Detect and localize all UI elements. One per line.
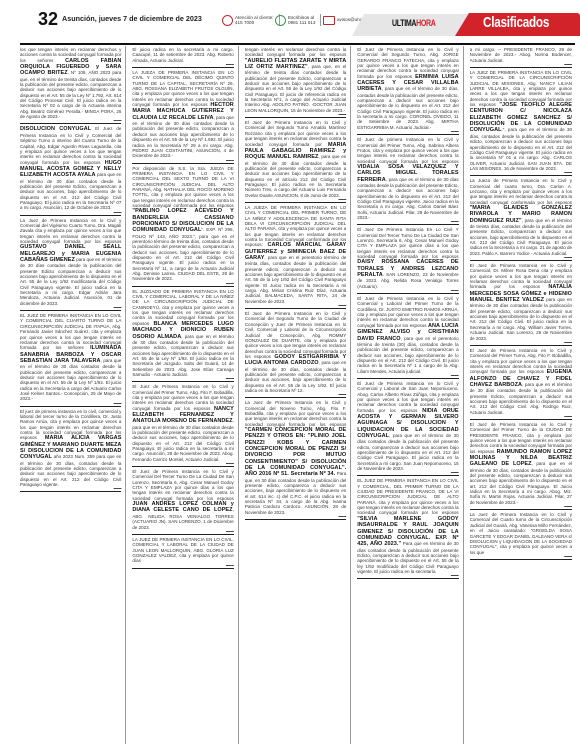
notice-code-mark: ▬▬▬ [357, 130, 458, 133]
notice-code-mark: ▬▬▬ [245, 515, 346, 518]
notice-text: LA JUEZA DE PRIMERA INSTANCIA EN LO CIVI… [245, 205, 346, 247]
legal-notice: El Juez de Primera Instancia en lo Civil… [470, 261, 572, 346]
notice-code-mark: ▬▬▬ [245, 393, 346, 396]
legal-notice: tengan interés en reclamar derechos cont… [245, 46, 346, 118]
notice-text: tengan interés en reclamar derechos cont… [245, 47, 346, 57]
notice-code-mark: ▬▬▬ [20, 306, 121, 309]
legal-notice: El Juez de Primera Instancia en lo Civil… [245, 118, 346, 203]
column-1: los que tengan interés en reclamar derec… [20, 46, 126, 744]
legal-notice: El Juez de Primera Instancia en lo Civil… [357, 46, 458, 135]
notice-code-mark: ▬▬▬ [470, 341, 572, 344]
legal-notice: EL JUZGADO DE PRIMERA INSTANCIA EN LO CI… [132, 287, 233, 383]
header-rule [20, 43, 575, 45]
contact-phone: Atención al cliente:415 7000 [222, 11, 280, 29]
notice-code-mark: ▬▬▬ [357, 289, 458, 292]
legal-notice: La Jueza de Primera Instancia en lo Civi… [470, 176, 572, 261]
notice-code-mark: ▬▬▬ [132, 159, 233, 162]
notice-text: El Juez de Primera Instancia en lo Civil… [245, 311, 346, 359]
legal-notice: La Juez de Primera Instancia en lo Civil… [470, 510, 572, 560]
notice-text: El Juez de Primera Instancia en lo Civil… [132, 469, 233, 501]
notice-text: El juicio radica en la secretaría a mi c… [132, 47, 233, 63]
legal-notice: El Juez de primera Instancia en lo Civil… [357, 135, 458, 225]
notice-text: LA JUEZ DE PRIMERA INSTANCIA EN LO CIVIL… [132, 537, 233, 563]
notice-code-mark: ▬▬▬ [132, 282, 233, 285]
notice-text: El Juez De Primera Instancia En Lo Civil… [357, 227, 458, 259]
notice-text: , para que en el término de 30 días cont… [245, 154, 346, 197]
notice-code-mark: ▬▬▬ [470, 171, 572, 174]
notice-code-mark: ▬▬▬ [132, 564, 233, 567]
notice-code-mark: ▬▬▬ [132, 63, 233, 66]
ultimahora-logo: ULTIMAHORA [392, 18, 436, 28]
notice-text: La Juez de Primera Instancia en lo Civil… [470, 512, 572, 554]
notice-text: Por disposición de S.S. la Sra. JUEZA DE… [132, 166, 233, 208]
notice-text: El Juez de primera Instancia en lo Civil… [357, 137, 458, 163]
notice-text: , para que en el término de 30 días, con… [470, 461, 572, 504]
legal-notice: El Juez de Primera Instancia en lo Civil… [357, 379, 458, 477]
notice-code-mark: ▬▬▬ [245, 304, 346, 307]
notice-parties: "CARMEN CONCEPCION MORAL DE PENZZI Y OTR… [245, 427, 346, 477]
legal-notice: El Juez de Primera Instancia en lo Civil… [132, 382, 233, 467]
notice-code-mark: ▬▬▬ [470, 505, 572, 508]
notice-text: , para que en el perentorio término de t… [245, 255, 346, 304]
notice-code-mark: ▬▬▬ [245, 113, 346, 116]
column-5: a mi cargo. – PRESIDENTE FRANCO, 29 de N… [470, 46, 576, 744]
notice-code-mark: ▬▬▬ [357, 574, 458, 577]
notice-code-mark: ▬▬▬ [470, 415, 572, 418]
notice-text: a mi cargo. – PRESIDENTE FRANCO, 29 de N… [470, 47, 572, 63]
notice-text: , para que en el término de 30 días, con… [357, 86, 458, 129]
phone-icon [222, 15, 233, 26]
page-number: 32 [38, 9, 58, 30]
notice-text: La Juez de Primera Instancia en lo Civil… [20, 218, 121, 244]
notice-code-mark: ▬▬▬ [20, 487, 121, 490]
legal-notice: El Juez de Primera Instancia en lo Civil… [470, 420, 572, 510]
legal-notice: El juez de primera instancia en lo civil… [20, 407, 121, 493]
notice-text: , para que en el término de 30 días cont… [357, 177, 458, 220]
whatsapp-icon [275, 15, 286, 26]
notice-text: , para que en el término de 30 días cont… [132, 418, 233, 461]
notice-code-mark: ▬▬▬ [357, 220, 458, 223]
notice-text: para que en término de 30 días contados … [470, 297, 572, 340]
contact-value: 415 7000 [235, 20, 254, 25]
notice-code-mark: ▬▬▬ [20, 119, 121, 122]
legal-notice: LA JUEZ DE PRIMERA INSTANCIA EN LO CIVIL… [470, 68, 572, 176]
legal-notice: EL JUEZ DE PRIMERA INSTANCIA EN LO CIVIL… [357, 476, 458, 579]
section-badge: Clasificados [455, 13, 580, 36]
legal-notice: LA JUEZ DE PRIMERA INSTANCIA EN LO CIVIL… [132, 535, 233, 569]
legal-notice: EL JUEZ DE PRIMERA INSTANCIA EN LO CIVIL… [20, 311, 121, 407]
notice-code-mark: ▬▬▬ [132, 462, 233, 465]
legal-notice: La Juez de Primera Instancia en lo Civil… [245, 398, 346, 520]
page-header: 32 Asunción, jueves 7 de diciembre de 20… [0, 0, 580, 36]
legal-notice: El Juez de Primera Instancia en lo Civil… [357, 294, 458, 379]
legal-notice: El Juez de Primera Instancia en lo Civil… [132, 467, 233, 535]
legal-notice: DISOLUCION CONYUGAL El Juez de Primera I… [20, 124, 121, 215]
notice-code-mark: ▬▬▬ [357, 374, 458, 377]
classifieds-columns: los que tengan interés en reclamar derec… [20, 46, 576, 744]
contact-label: Atención al cliente: [235, 15, 274, 20]
notice-text: , para que en el término de 30 días cont… [132, 115, 233, 158]
notice-code-mark: ▬▬▬ [470, 63, 572, 66]
column-2: El juicio radica en la secretaría a mi c… [132, 46, 238, 744]
notice-code-mark: ▬▬▬ [470, 555, 572, 558]
notice-code-mark: ▬▬▬ [357, 471, 458, 474]
notice-text: , para que, en el término de treinta día… [245, 64, 346, 113]
notice-text: .", para que en el término de 30 días, c… [470, 127, 572, 170]
notice-text: , para que en el término de 30 días cont… [357, 433, 458, 471]
notice-text: , para que en el perentorio término de t… [357, 336, 458, 374]
notice-text: para que en el término de 30 días contad… [20, 257, 121, 306]
notice-parties: JUAN ANDRES LOPEZ COLMAN y DIANA CELESTE… [132, 501, 233, 513]
contact-label: Escribinos al [288, 15, 314, 20]
legal-notice: El Juez de Primera Instancia en lo Civil… [470, 346, 572, 420]
legal-notice: Por disposición de S.S. la Sra. JUEZA DE… [132, 164, 233, 287]
notice-text: , para que en el término de 30 días cont… [132, 334, 233, 377]
contact-value: 0981 111 013 [288, 20, 315, 25]
legal-notice: El Juez de Primera Instancia en lo Civil… [245, 309, 346, 398]
notice-text: La Juez de Primera Instancia en lo Civil… [245, 400, 346, 426]
notice-text: , para que en el término de 30 días cont… [20, 358, 121, 401]
legal-notice: LA JUEZA DE PRIMERA INSTANCIA EN LO CIVI… [132, 68, 233, 164]
section-title: Clasificados [483, 14, 549, 31]
contact-whatsapp: Escribinos al0981 111 013 [275, 11, 321, 29]
column-4: El Juez de Primera Instancia en lo Civil… [357, 46, 463, 744]
divider [320, 14, 321, 26]
legal-notice: El Juez De Primera Instancia En Lo Civil… [357, 225, 458, 294]
notice-text: La Jueza de Primera Instancia en lo Civi… [470, 178, 572, 204]
notice-code-mark: ▬▬▬ [20, 211, 121, 214]
legal-notice: El juicio radica en la secretaría a mi c… [132, 46, 233, 68]
legal-notice: La Juez de Primera Instancia en lo Civil… [20, 216, 121, 312]
mail-icon [323, 16, 335, 25]
notice-code-mark: ▬▬▬ [132, 530, 233, 533]
issue-date: Asunción, jueves 7 de diciembre de 2023 [62, 14, 202, 23]
notice-code-mark: ▬▬▬ [132, 377, 233, 380]
notice-text: para que en el término de 30 días contad… [20, 172, 121, 210]
column-3: tengan interés en reclamar derechos cont… [245, 46, 351, 744]
notice-text: . Nº 109, AÑO 2023 para que, en el térmi… [20, 70, 121, 119]
notice-parties: DISOLUCION CONYUGAL [20, 126, 91, 132]
notice-code-mark: ▬▬▬ [245, 198, 346, 201]
notice-text: ". EXP. Nº 295, FOLIO Nº 143, AÑO 2023."… [132, 227, 233, 281]
notice-code-mark: ▬▬▬ [470, 256, 572, 259]
legal-notice: LA JUEZA DE PRIMERA INSTANCIA EN LO CIVI… [245, 203, 346, 309]
notice-text: , para que en el término de treinta días… [470, 218, 572, 256]
notice-code-mark: ▬▬▬ [20, 402, 121, 405]
legal-notice: a mi cargo. – PRESIDENTE FRANCO, 29 de N… [470, 46, 572, 68]
notice-text: EL JUEZ DE PRIMERA INSTANCIA EN LO CIVIL… [357, 478, 458, 515]
legal-notice: los que tengan interés en reclamar derec… [20, 46, 121, 124]
notice-text: Para que, en 30 días contados desde la p… [245, 471, 346, 514]
